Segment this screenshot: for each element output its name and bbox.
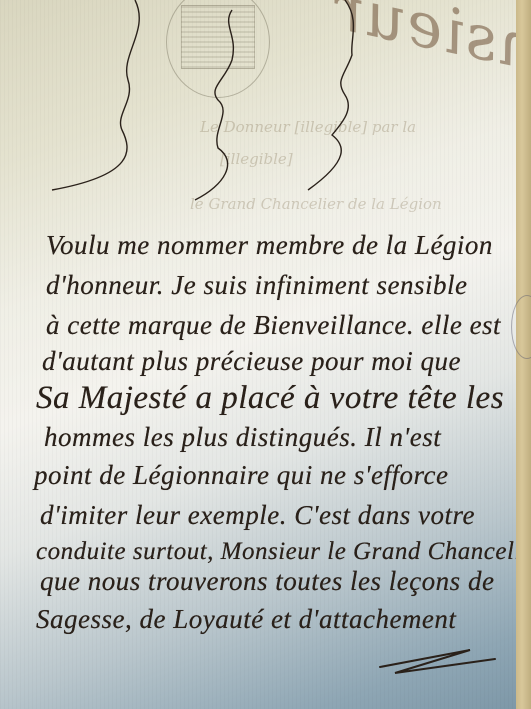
text-line-10: que nous trouverons toutes les leçons de	[40, 566, 494, 597]
text-line-11: Sagesse, de Loyauté et d'attachement	[36, 604, 456, 635]
manuscript-page: Monsieur Le Donneur [illegible] par la […	[0, 0, 516, 709]
text-line-3: à cette marque de Bienveillance. elle es…	[46, 310, 501, 341]
text-line-1: Voulu me nommer membre de la Légion	[46, 230, 493, 261]
text-line-9: conduite surtout, Monsieur le Grand Chan…	[36, 538, 516, 566]
text-line-5: Sa Majesté a placé à votre tête les	[36, 380, 504, 417]
text-line-2: d'honneur. Je suis infiniment sensible	[46, 270, 467, 301]
closing-flourish	[380, 650, 495, 673]
text-line-8: d'imiter leur exemple. C'est dans votre	[40, 500, 475, 531]
text-line-6: hommes les plus distingués. Il n'est	[44, 422, 441, 453]
text-line-7: point de Légionnaire qui ne s'efforce	[34, 460, 448, 491]
text-line-4: d'autant plus précieuse pour moi que	[42, 346, 461, 377]
